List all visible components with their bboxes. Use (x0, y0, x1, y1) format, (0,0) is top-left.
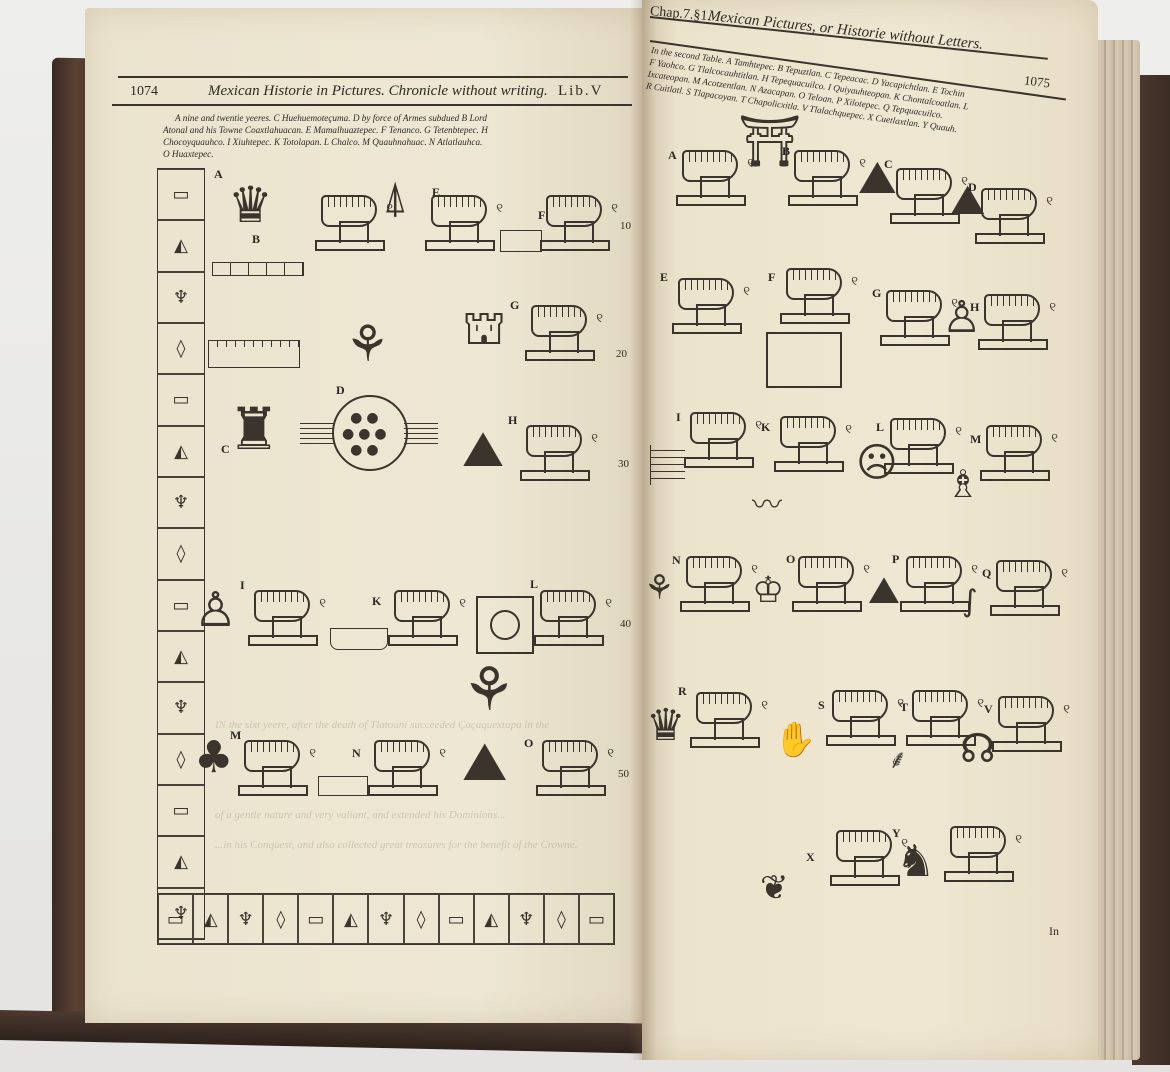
house-glyph: ୧ (525, 305, 595, 360)
caption-line: Chocoyquauhco. I Xiuhtepec. K Totolapan.… (163, 136, 623, 148)
deer-head-glyph-icon: ◭ (158, 836, 204, 887)
figure-label: L (876, 420, 884, 435)
house-glyph: ୧ (826, 690, 896, 745)
seated-figure-icon: ♗ (946, 462, 980, 506)
house-glyph: ୧ (684, 412, 754, 467)
deer-head-glyph-icon: ◭ (474, 894, 509, 944)
feather-crest-icon: ⚘ (345, 315, 390, 373)
hand-glyph-icon: ✋ (774, 720, 816, 760)
line-number: 30 (618, 458, 629, 470)
house-glyph: ୧ (992, 696, 1062, 751)
house-glyph: ୧ (425, 195, 495, 250)
house-glyph: ୧ (388, 590, 458, 645)
bleed-through-line: of a gentle nature and very valiant, and… (215, 808, 505, 823)
hill-glyph-icon: ⛰ (462, 420, 504, 479)
eye-glyph-icon: ◊ (404, 894, 439, 944)
glyph-border-left: ▭ ◭ ♆ ◊ ▭ ◭ ♆ ◊ ▭ ◭ ♆ ◊ ▭ ◭ ♆ (157, 168, 205, 940)
seated-figure-icon: ♙ (194, 582, 237, 638)
figure-label: F (768, 270, 775, 285)
figure-label: A (214, 167, 223, 182)
house-glyph: ୧ (368, 740, 438, 795)
figure-label: I (240, 578, 245, 593)
warrior-figure-icon: ♜ (228, 395, 280, 463)
temple-glyph-icon: ▭ (298, 894, 333, 944)
temple-glyph-icon: ▭ (158, 785, 204, 836)
ball-court-glyph (766, 332, 842, 388)
figure-label: P (892, 552, 899, 567)
figure-label: H (508, 413, 517, 428)
flower-glyph-icon: ♆ (158, 272, 204, 323)
house-glyph: ୧ (780, 268, 850, 323)
flower-glyph-icon: ♆ (368, 894, 403, 944)
serpent-glyph-icon: 〰 (752, 480, 782, 524)
figure-label: X (806, 850, 815, 865)
lord-figure-icon: ♛ (228, 176, 273, 234)
jade-square-glyph (476, 596, 534, 654)
roof-band (208, 340, 300, 368)
caption-line: Atonal and his Towne Coaxtlahuacan. E Ma… (163, 124, 623, 136)
house-glyph: ୧ (672, 278, 742, 333)
house-glyph: ୧ (690, 692, 760, 747)
deer-head-glyph-icon: ◭ (193, 894, 228, 944)
figure-label: I (676, 410, 681, 425)
arrows-left (300, 420, 334, 448)
line-number: 20 (616, 348, 627, 360)
temple-glyph-icon: ▭ (439, 894, 474, 944)
hill-face-icon: ⛫ (462, 300, 506, 362)
house-glyph: ୧ (534, 590, 604, 645)
left-caption: A nine and twentie yeeres. C Huehuemoteç… (163, 112, 623, 160)
house-glyph: ୧ (900, 556, 970, 611)
page-edges-stack (1092, 40, 1140, 1060)
line-number: 50 (618, 768, 629, 780)
temple-glyph-icon: ▭ (579, 894, 614, 944)
deer-head-glyph-icon: ◭ (158, 426, 204, 477)
caption-line: A nine and twentie yeeres. C Huehuemoteç… (163, 112, 623, 124)
temple-glyph-icon: ▭ (158, 374, 204, 425)
house-glyph: ୧ (884, 418, 954, 473)
glyph-border-bottom: ▭ ◭ ♆ ◊ ▭ ◭ ♆ ◊ ▭ ◭ ♆ ◊ ▭ (157, 893, 615, 945)
house-glyph: ୧ (880, 290, 950, 345)
house-glyph: ୧ (788, 150, 858, 205)
house-glyph: ୧ (774, 416, 844, 471)
head-rule-bottom (112, 104, 632, 106)
house-glyph: ୧ (238, 740, 308, 795)
wall-glyph (500, 230, 542, 252)
tree-on-hill-icon: ⚘ (462, 655, 516, 725)
serpent-glyph-icon: ∫ (962, 584, 978, 619)
left-running-head: Mexican Historie in Pictures. Chronicle … (208, 83, 548, 100)
arrows-right (404, 420, 438, 448)
house-glyph: ୧ (975, 188, 1045, 243)
figure-label: K (372, 594, 381, 609)
right-page-number: 1075 (1023, 72, 1051, 91)
pot-glyph-icon: ♛ (646, 700, 685, 751)
flower-glyph-icon: ♆ (228, 894, 263, 944)
bell-hill-icon: ⍋ (382, 172, 408, 223)
figure-label: G (510, 298, 519, 313)
plant-pot-icon: ⚘ (644, 568, 674, 608)
basket-glyph (330, 628, 388, 650)
left-page-number: 1074 (130, 84, 158, 100)
house-glyph: ୧ (540, 195, 610, 250)
figure-label: S (818, 698, 825, 713)
catchword: In (1049, 924, 1059, 939)
temple-glyph-icon: ▭ (158, 894, 193, 944)
eye-glyph-icon: ◊ (158, 323, 204, 374)
left-book-marker: Lib.V (558, 83, 603, 100)
deer-glyph-icon: ♞ (896, 836, 935, 887)
flower-glyph-icon: ♆ (158, 682, 204, 733)
house-glyph: ୧ (980, 425, 1050, 480)
house-glyph: ୧ (990, 560, 1060, 615)
deer-head-glyph-icon: ◭ (158, 220, 204, 271)
crown-glyph-icon: ♔ (752, 570, 784, 611)
figure-label: E (660, 270, 668, 285)
house-glyph: ୧ (978, 294, 1048, 349)
tree-glyph-icon: ♣ (194, 732, 233, 783)
flower-glyph-icon: ♆ (158, 477, 204, 528)
house-glyph: ୧ (315, 195, 385, 250)
house-glyph: ୧ (520, 425, 590, 480)
plant-glyph-icon: ⸙ (888, 740, 908, 776)
figure-label: D (336, 383, 345, 398)
head-rule-top (118, 76, 628, 78)
hill-glyph-icon: ⛰ (462, 730, 507, 794)
book-gutter (630, 0, 656, 1060)
deer-head-glyph-icon: ◭ (158, 631, 204, 682)
bleed-through-line: ...in his Conquest, and also collected g… (215, 838, 578, 853)
deer-head-glyph-icon: ◭ (333, 894, 368, 944)
eye-glyph-icon: ◊ (158, 528, 204, 579)
eye-glyph-icon: ◊ (544, 894, 579, 944)
house-glyph: ୧ (536, 740, 606, 795)
house-glyph: ୧ (792, 556, 862, 611)
hill-glyph-icon: ⛰ (868, 568, 900, 613)
stone-base (212, 262, 304, 276)
shield-dots: ●●●●●●● (342, 410, 391, 458)
house-glyph: ୧ (248, 590, 318, 645)
stairs-glyph (650, 445, 685, 485)
house-glyph: ୧ (944, 826, 1014, 881)
figure-label: B (252, 232, 260, 247)
house-glyph: ୧ (676, 150, 746, 205)
figure-label: N (352, 746, 361, 761)
water-basin-glyph (318, 776, 368, 796)
house-glyph: ୧ (830, 830, 900, 885)
head-glyph-icon: ☊ (960, 726, 996, 772)
eye-glyph-icon: ◊ (263, 894, 298, 944)
house-glyph: ୧ (680, 556, 750, 611)
corn-glyph-icon: ❦ (760, 868, 789, 908)
figure-label: R (678, 684, 687, 699)
caption-line: O Huaxtepec. (163, 148, 623, 160)
temple-glyph-icon: ▭ (158, 169, 204, 220)
flower-glyph-icon: ♆ (509, 894, 544, 944)
figure-label: O (524, 736, 533, 751)
figure-label: K (761, 420, 770, 435)
